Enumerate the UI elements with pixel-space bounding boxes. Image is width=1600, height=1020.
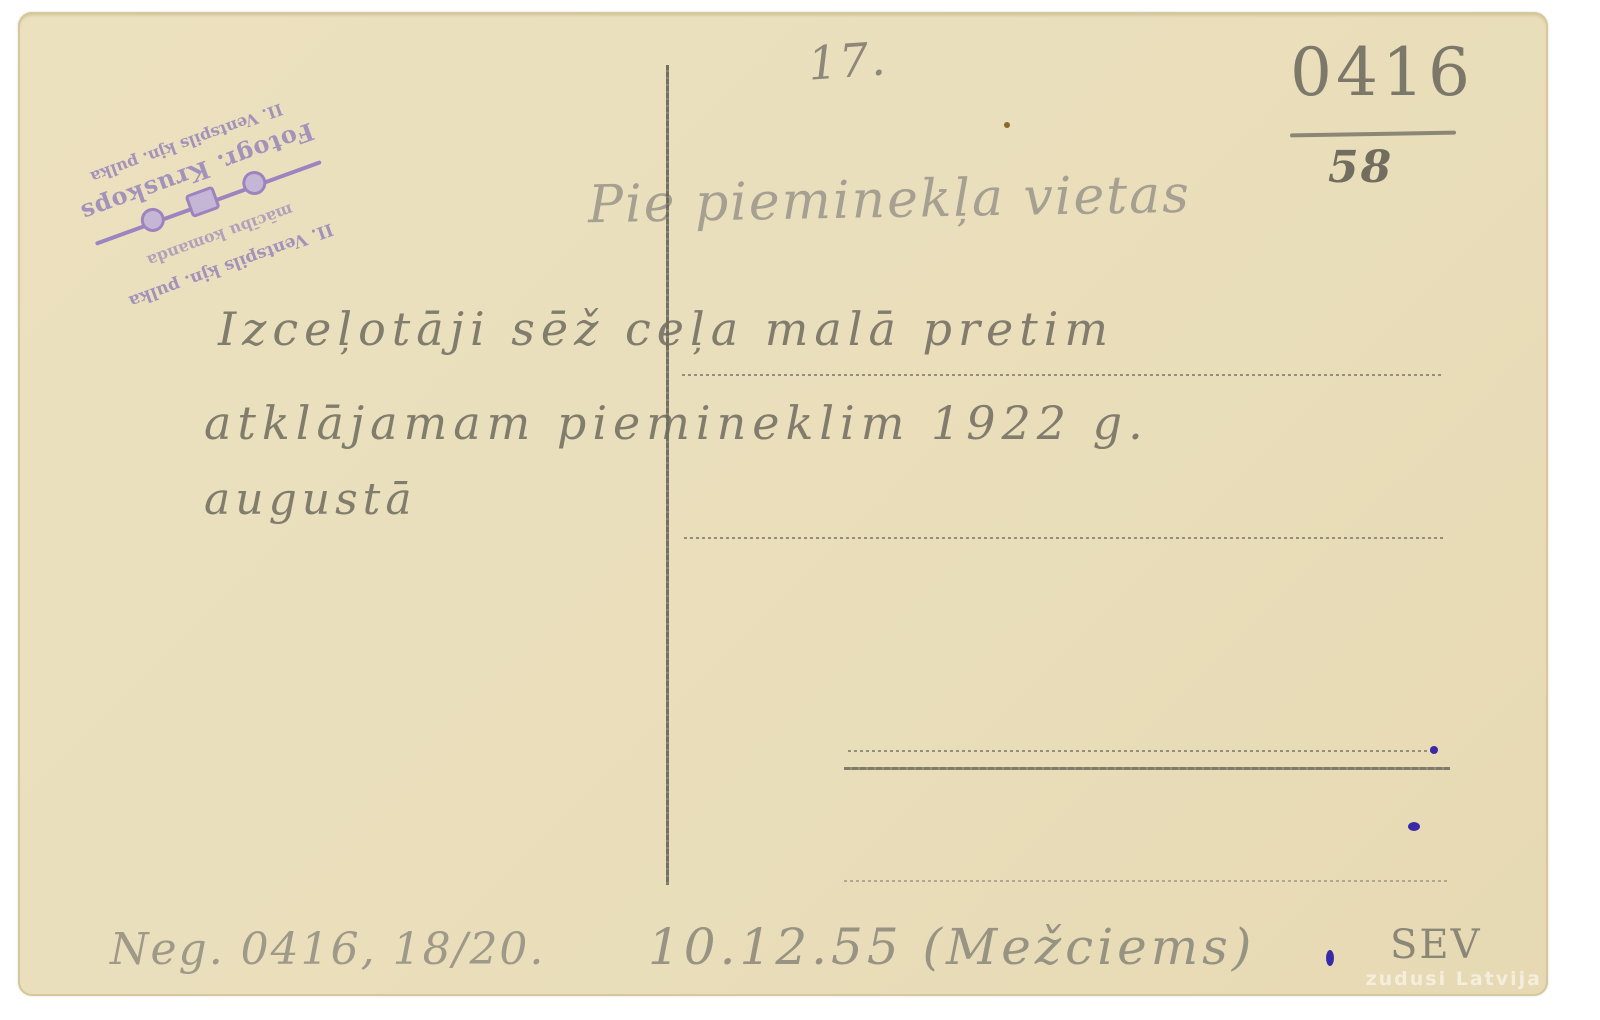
item-number: 17. (806, 31, 889, 90)
ink-dot (1430, 746, 1438, 754)
postcard-reverse: II. Ventspils kjn. pulka mācību komanda … (18, 12, 1548, 996)
archive-sub-number: 58 (1328, 142, 1393, 193)
address-line-1 (682, 374, 1442, 376)
stamp-ornament-icon (137, 205, 168, 236)
address-line-5 (844, 880, 1450, 882)
archive-fraction-bar (1290, 131, 1456, 138)
archive-number: 0416 (1290, 34, 1474, 111)
caption-line-1: Izceļotāji sēž ceļa malā pretim (218, 302, 1114, 356)
address-line-3 (848, 750, 1433, 752)
address-line-4 (844, 767, 1450, 770)
photographer-stamp: II. Ventspils kjn. pulka mācību komanda … (35, 61, 382, 342)
stamp-ornament-icon (239, 168, 270, 199)
caption-line-2: atklājamam piemineklim 1922 g. (204, 396, 1149, 450)
watermark: zudusi Latvija (1366, 968, 1542, 990)
negative-reference: Neg. 0416, 18/20. (110, 924, 545, 975)
caption-line-3: augustā (204, 474, 417, 525)
ink-dot (1408, 822, 1420, 831)
postcard-divider (666, 65, 669, 885)
date-location: 10.12.55 (Mežciems) (648, 918, 1255, 976)
photo-heading: Pie pieminekļa vietas (588, 165, 1192, 236)
initials: SEV (1390, 922, 1482, 968)
address-line-2 (684, 537, 1444, 539)
paper-speck (1004, 122, 1010, 128)
ink-dot (1326, 950, 1334, 966)
